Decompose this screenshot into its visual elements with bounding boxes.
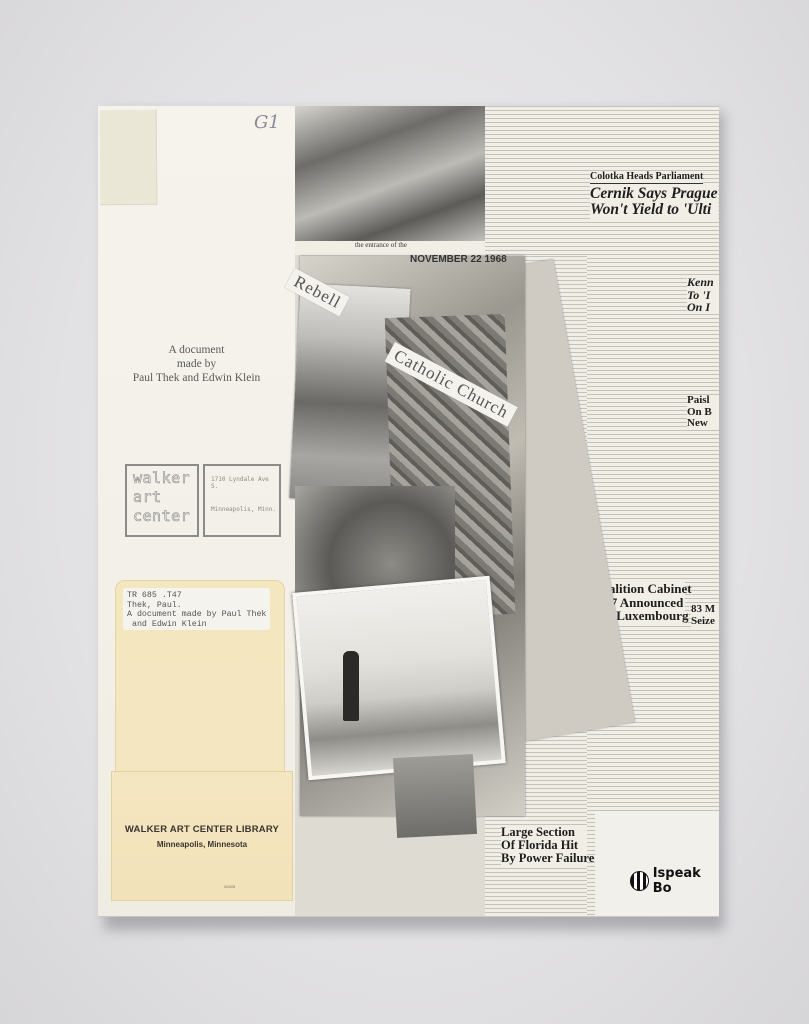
headline-line: 83 M bbox=[691, 604, 719, 616]
title-line: A document bbox=[98, 343, 295, 357]
call-number-label: TR 685 .T47Thek, Paul.A document made by… bbox=[123, 588, 270, 630]
library-card-title: WALKER ART CENTER LIBRARY bbox=[112, 824, 292, 835]
stamp-address-line: Minneapolis, Minn. bbox=[211, 506, 279, 513]
cover-title: A document made by Paul Thek and Edwin K… bbox=[98, 343, 295, 385]
top-photo-protest bbox=[295, 106, 485, 246]
stamp-address-line: 1710 Lyndale Ave S. bbox=[211, 476, 279, 490]
headline-cernik: Cernik Says Prague Won't Yield to 'Ulti bbox=[590, 186, 718, 219]
figure-silhouette bbox=[343, 651, 359, 721]
headline-line: Seize bbox=[691, 616, 719, 628]
headline-line: Won't Yield to 'Ulti bbox=[590, 202, 718, 218]
tape-strip bbox=[100, 110, 158, 205]
photo-caption: the entrance of the bbox=[295, 241, 485, 255]
library-card-code: 06405 bbox=[224, 884, 235, 889]
date-banner: NOVEMBER 22 1968 bbox=[410, 254, 507, 265]
news-column-top bbox=[485, 106, 587, 256]
stamp-logo-line: center bbox=[133, 507, 197, 526]
cover-left-panel: G1 A document made by Paul Thek and Edwi… bbox=[98, 106, 295, 916]
blank-paper-bottom-right bbox=[595, 811, 719, 916]
call-label-line: and Edwin Klein bbox=[127, 620, 266, 630]
library-card: WALKER ART CENTER LIBRARY Minneapolis, M… bbox=[111, 771, 293, 901]
headline-line: Kenn bbox=[687, 276, 719, 289]
headline-seized: 83 M Seize bbox=[691, 604, 719, 627]
headline-line: By Power Failure bbox=[501, 852, 587, 865]
call-label-line: A document made by Paul Thek bbox=[127, 610, 266, 620]
call-label-line: TR 685 .T47 bbox=[127, 591, 266, 601]
headline-line: New bbox=[687, 418, 719, 430]
stamp-logo-line: art bbox=[133, 488, 197, 507]
library-card-subtitle: Minneapolis, Minnesota bbox=[112, 840, 292, 849]
call-label-line: Thek, Paul. bbox=[127, 601, 266, 611]
title-line: made by bbox=[98, 357, 295, 371]
title-line: Paul Thek and Edwin Klein bbox=[98, 371, 295, 385]
headline-line: Paisl bbox=[687, 395, 719, 407]
stamp-logo-line: walker bbox=[133, 469, 197, 488]
photo-artist-studio bbox=[292, 576, 506, 781]
news-right-column bbox=[587, 106, 719, 916]
walker-stamp-logo: walker art center bbox=[125, 464, 199, 537]
newspaper-collage: the entrance of the Colotka Heads Parlia… bbox=[295, 106, 719, 916]
section-label: Colotka Heads Parliament bbox=[590, 172, 703, 184]
logo-text: Ispeak Bo bbox=[653, 866, 719, 896]
headline-line: On I bbox=[687, 301, 719, 314]
ispeak-logo: Ispeak Bo bbox=[630, 866, 719, 896]
headline-kennedy: Kenn To 'I On I bbox=[687, 276, 719, 314]
headline-paisley: Paisl On B New bbox=[687, 395, 719, 430]
photo-card-bottom bbox=[393, 754, 477, 838]
pencil-mark: G1 bbox=[254, 112, 280, 133]
headline-line: Cernik Says Prague bbox=[590, 186, 718, 202]
striped-fish-icon bbox=[630, 871, 649, 891]
headline-florida: Large Section Of Florida Hit By Power Fa… bbox=[501, 826, 587, 865]
walker-stamp-address: 1710 Lyndale Ave S. Minneapolis, Minn. bbox=[203, 464, 281, 537]
book-cover: G1 A document made by Paul Thek and Edwi… bbox=[98, 106, 719, 916]
